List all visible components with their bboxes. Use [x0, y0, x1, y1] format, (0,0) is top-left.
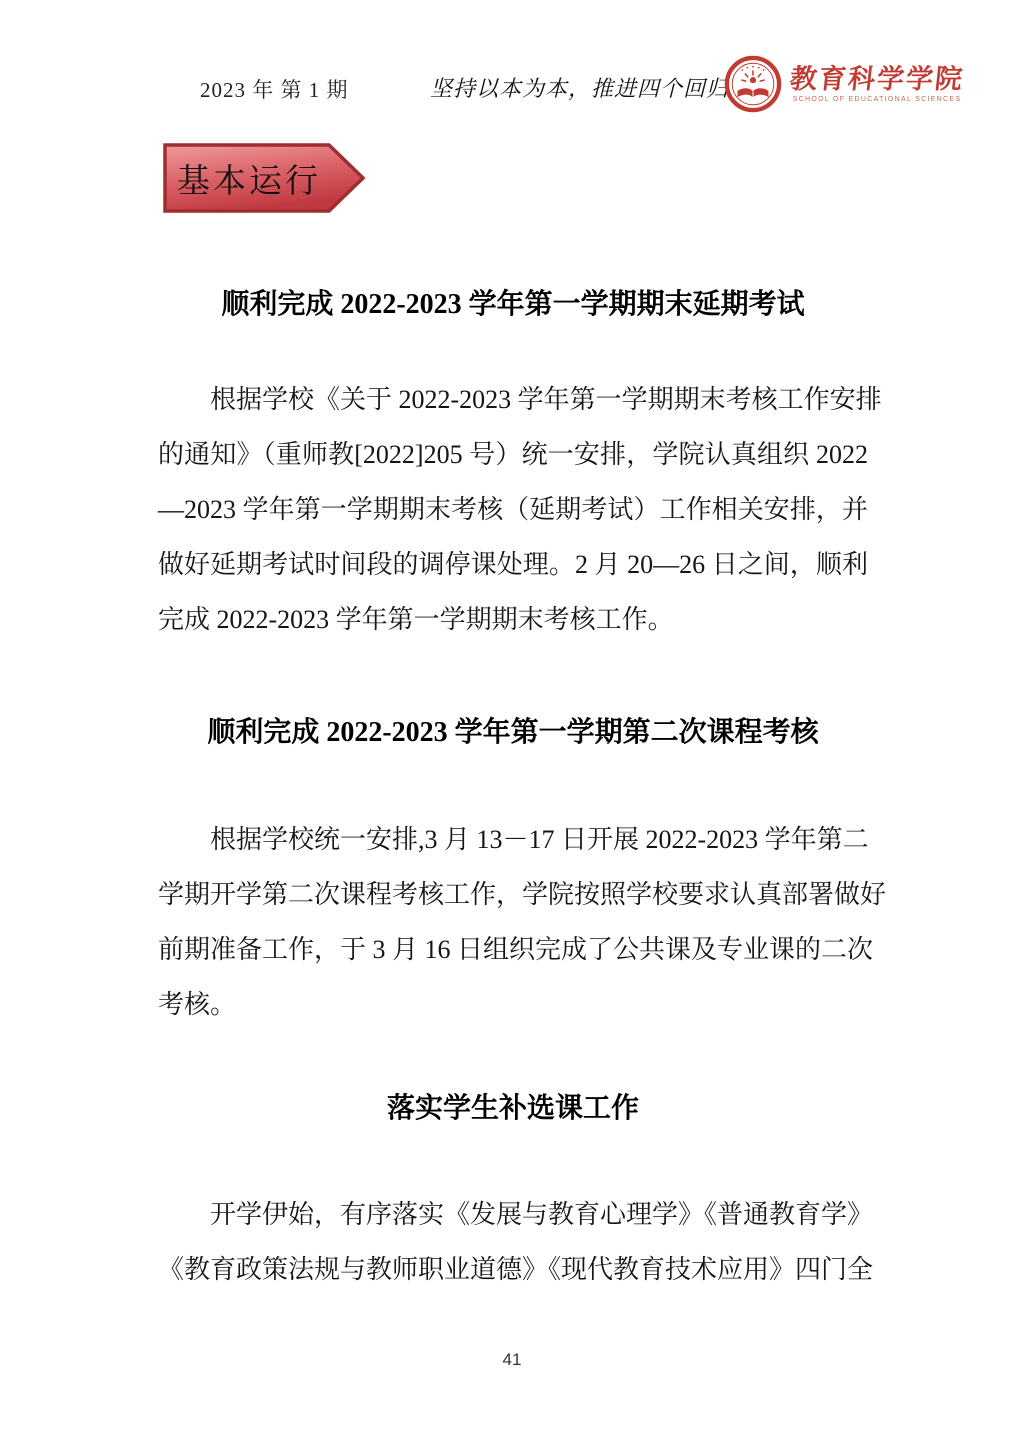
paragraph-line: 《教育政策法规与教师职业道德》《现代教育技术应用》四门全 [158, 1242, 868, 1297]
paragraph-line: —2023 学年第一学期期末考核（延期考试）工作相关安排，并 [158, 482, 868, 537]
logo-name-en: SCHOOL OF EDUCATIONAL SCIENCES [790, 96, 964, 103]
section-1-heading: 顺利完成 2022-2023 学年第一学期期末延期考试 [158, 282, 868, 322]
paragraph-line: 完成 2022-2023 学年第一学期期末考核工作。 [158, 592, 868, 647]
page-number: 41 [0, 1350, 1024, 1370]
paragraph-line: 的通知》（重师教[2022]205 号）统一安排，学院认真组织 2022 [158, 427, 868, 482]
paragraph-line: 根据学校《关于 2022-2023 学年第一学期期末考核工作安排 [158, 372, 868, 427]
section-2-heading: 顺利完成 2022-2023 学年第一学期第二次课程考核 [158, 710, 868, 750]
section-banner: 基本运行 [163, 143, 366, 213]
header-slogan: 坚持以本为本，推进四个回归 [430, 72, 729, 103]
section-1-paragraph: 根据学校《关于 2022-2023 学年第一学期期末考核工作安排 的通知》（重师… [158, 372, 868, 647]
section-3-heading: 落实学生补选课工作 [158, 1086, 868, 1126]
school-logo: 教育科学学院 SCHOOL OF EDUCATIONAL SCIENCES [724, 55, 964, 113]
paragraph-line: 做好延期考试时间段的调停课处理。2 月 20—26 日之间，顺利 [158, 537, 868, 592]
section-3-paragraph: 开学伊始，有序落实《发展与教育心理学》《普通教育学》 《教育政策法规与教师职业道… [158, 1187, 868, 1297]
logo-name-cn: 教育科学学院 [788, 65, 965, 95]
paragraph-line: 学期开学第二次课程考核工作，学院按照学校要求认真部署做好 [158, 867, 868, 922]
paragraph-line: 开学伊始，有序落实《发展与教育心理学》《普通教育学》 [158, 1187, 868, 1242]
issue-label: 2023 年 第 1 期 [200, 74, 349, 104]
paragraph-line: 根据学校统一安排,3 月 13－17 日开展 2022-2023 学年第二 [158, 812, 868, 867]
school-seal-icon [724, 55, 782, 113]
document-page: 2023 年 第 1 期 坚持以本为本，推进四个回归 [0, 0, 1024, 1448]
paragraph-line: 前期准备工作，于 3 月 16 日组织完成了公共课及专业课的二次 [158, 922, 868, 977]
banner-title: 基本运行 [177, 143, 321, 213]
paragraph-line: 考核。 [158, 977, 868, 1032]
section-2-paragraph: 根据学校统一安排,3 月 13－17 日开展 2022-2023 学年第二 学期… [158, 812, 868, 1032]
